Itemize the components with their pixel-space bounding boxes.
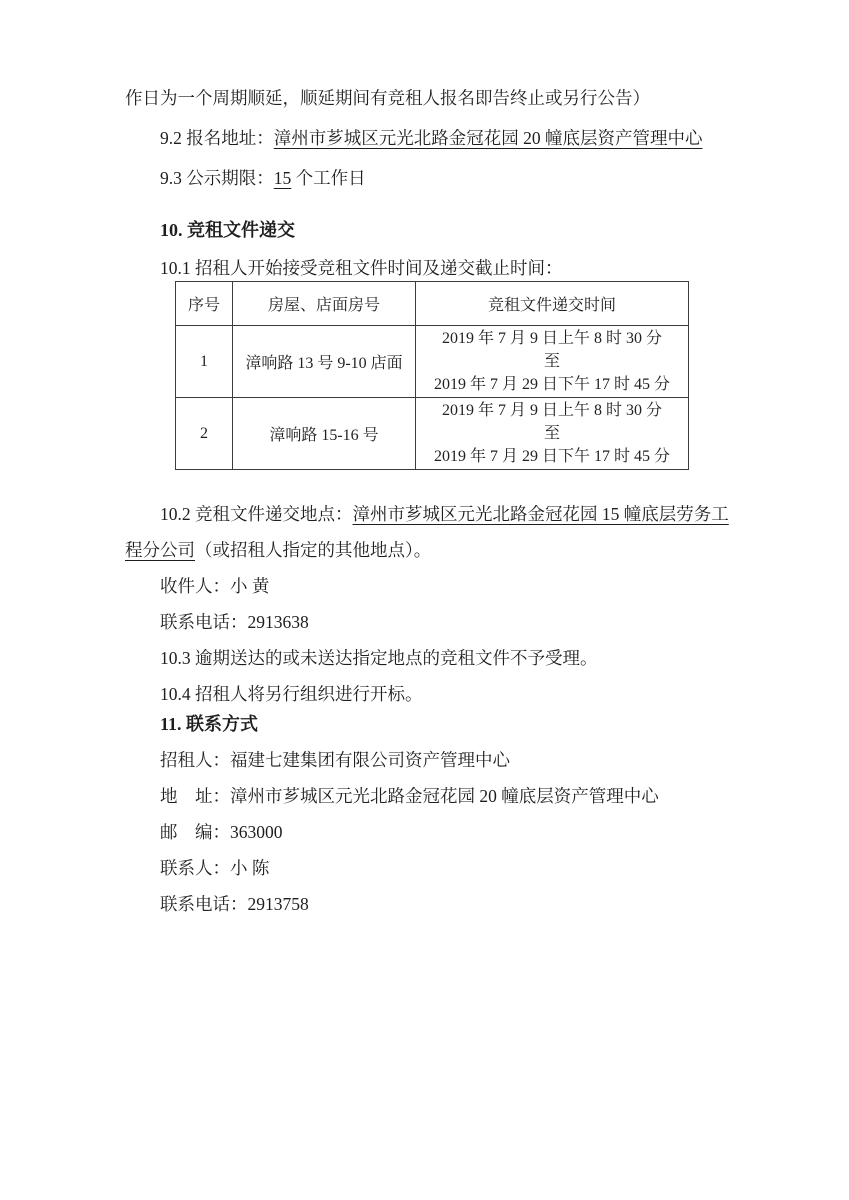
item-9-3-days-underlined: 15 — [274, 168, 292, 188]
table-header-row: 序号 房屋、店面房号 竞租文件递交时间 — [176, 282, 689, 326]
time-start: 2019 年 7 月 9 日上午 8 时 30 分 — [420, 327, 684, 350]
item-9-2-signup-address: 9.2 报名地址：漳州市芗城区元光北路金冠花园 20 幢底层资产管理中心 — [125, 120, 733, 156]
item-10-2-suffix: （或招租人指定的其他地点）。 — [195, 540, 431, 560]
time-end: 2019 年 7 月 29 日下午 17 时 45 分 — [420, 445, 684, 468]
table-cell-property: 漳响路 13 号 9-10 店面 — [233, 326, 416, 398]
paragraph-overflow-line: 作日为一个周期顺延，顺延期间有竞租人报名即告终止或另行公告） — [125, 80, 733, 116]
time-start: 2019 年 7 月 9 日上午 8 时 30 分 — [420, 399, 684, 422]
item-9-3-suffix: 个工作日 — [291, 168, 365, 188]
table-row: 1 漳响路 13 号 9-10 店面 2019 年 7 月 9 日上午 8 时 … — [176, 326, 689, 398]
phone-line-11: 联系电话：2913758 — [125, 886, 733, 922]
item-9-2-label: 9.2 报名地址： — [160, 128, 274, 148]
section-11-heading: 11. 联系方式 — [125, 706, 733, 742]
document-page: 作日为一个周期顺延，顺延期间有竞租人报名即告终止或另行公告） 9.2 报名地址：… — [0, 0, 849, 1200]
phone-line-10: 联系电话：2913638 — [125, 604, 733, 640]
contact-person-line: 联系人：小 陈 — [125, 850, 733, 886]
table-cell-no: 1 — [176, 326, 233, 398]
table-cell-time: 2019 年 7 月 9 日上午 8 时 30 分 至 2019 年 7 月 2… — [416, 398, 689, 470]
table-cell-time: 2019 年 7 月 9 日上午 8 时 30 分 至 2019 年 7 月 2… — [416, 326, 689, 398]
lessor-line: 招租人：福建七建集团有限公司资产管理中心 — [125, 742, 733, 778]
item-10-2-label: 10.2 竞租文件递交地点： — [160, 504, 353, 524]
item-9-2-address-underlined: 漳州市芗城区元光北路金冠花园 20 幢底层资产管理中心 — [274, 128, 703, 148]
table-row: 2 漳响路 15-16 号 2019 年 7 月 9 日上午 8 时 30 分 … — [176, 398, 689, 470]
submission-table: 序号 房屋、店面房号 竞租文件递交时间 1 漳响路 13 号 9-10 店面 2… — [175, 281, 689, 470]
table-cell-no: 2 — [176, 398, 233, 470]
document-content: 作日为一个周期顺延，顺延期间有竞租人报名即告终止或另行公告） 9.2 报名地址：… — [125, 80, 733, 922]
recipient-line: 收件人：小 黄 — [125, 568, 733, 604]
item-9-3-label: 9.3 公示期限： — [160, 168, 274, 188]
postcode-line: 邮 编：363000 — [125, 814, 733, 850]
item-10-3-late-delivery: 10.3 逾期送达的或未送达指定地点的竞租文件不予受理。 — [125, 640, 733, 676]
section-10-heading: 10. 竞租文件递交 — [125, 212, 733, 248]
item-10-2-place-underlined-line1: 漳州市芗城区元光北路金冠花园 15 幢底层劳务工 — [353, 504, 729, 524]
table-header-time: 竞租文件递交时间 — [416, 282, 689, 326]
address-line: 地 址：漳州市芗城区元光北路金冠花园 20 幢底层资产管理中心 — [125, 778, 733, 814]
table-cell-property: 漳响路 15-16 号 — [233, 398, 416, 470]
item-10-2-submission-place: 10.2 竞租文件递交地点：漳州市芗城区元光北路金冠花园 15 幢底层劳务工程分… — [125, 496, 733, 568]
time-to: 至 — [420, 350, 684, 373]
time-to: 至 — [420, 422, 684, 445]
table-header-no: 序号 — [176, 282, 233, 326]
item-9-3-publicity-period: 9.3 公示期限：15 个工作日 — [125, 160, 733, 196]
table-header-property: 房屋、店面房号 — [233, 282, 416, 326]
item-10-2-place-underlined-line2: 程分公司 — [125, 540, 195, 560]
time-end: 2019 年 7 月 29 日下午 17 时 45 分 — [420, 373, 684, 396]
